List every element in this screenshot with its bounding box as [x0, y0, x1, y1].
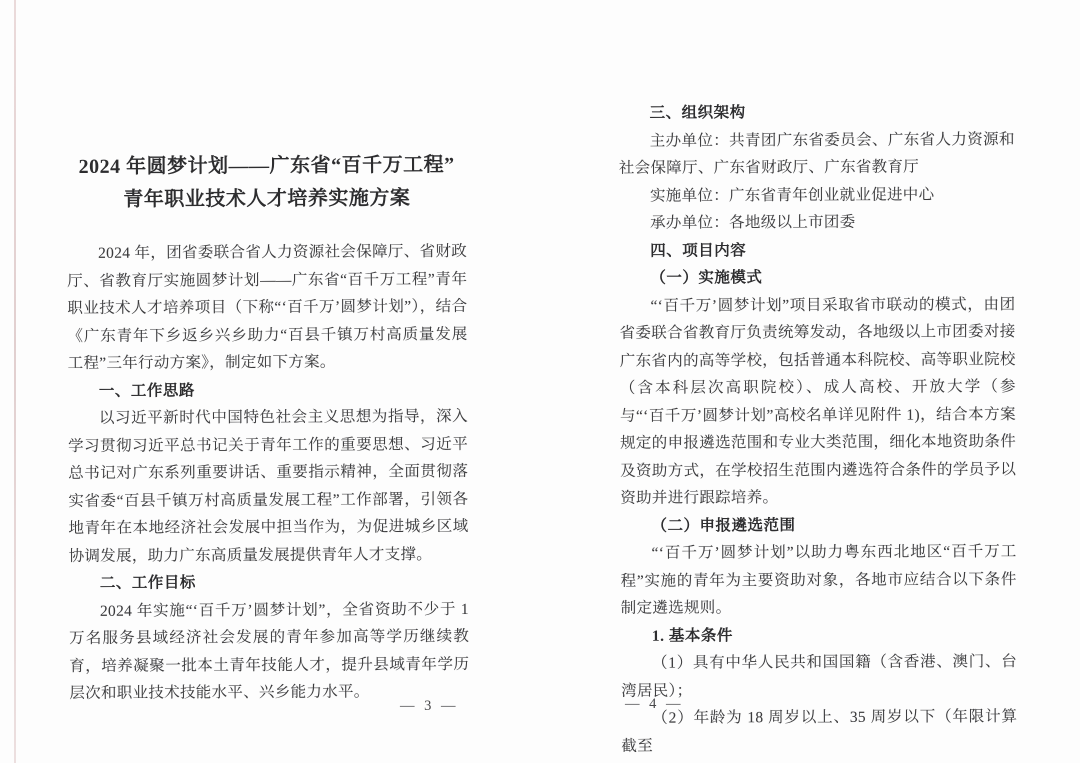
page-number-3: — 3 —	[400, 698, 459, 715]
section-heading-1: 一、工作思路	[68, 375, 468, 405]
scanned-document: 2024 年圆梦计划——广东省“百千万工程” 青年职业技术人才培养实施方案 20…	[0, 0, 1080, 763]
document-page-left: 2024 年圆梦计划——广东省“百千万工程” 青年职业技术人才培养实施方案 20…	[67, 149, 470, 708]
org-host-line: 主办单位：共青团广东省委员会、广东省人力资源和社会保障厅、广东省财政厅、广东省教…	[619, 126, 1015, 183]
section-heading-2: 二、工作目标	[69, 568, 469, 598]
section-2-paragraph: 2024 年实施“‘百千万’圆梦计划”，全省资助不少于 1 万名服务县域经济社会…	[69, 595, 470, 707]
section-heading-4: 四、项目内容	[619, 236, 1015, 265]
document-title: 2024 年圆梦计划——广东省“百千万工程” 青年职业技术人才培养实施方案	[67, 149, 467, 217]
org-undertaker-line: 承办单位：各地级以上市团委	[619, 208, 1015, 237]
page-number-4: — 4 —	[625, 696, 684, 713]
scope-paragraph: “‘百千万’圆梦计划”以助力粤东西北地区“百千万工程”实施的青年为主要资助对象，…	[620, 538, 1016, 622]
section-heading-3: 三、组织架构	[619, 98, 1015, 127]
subsection-heading-basic-conditions: 1. 基本条件	[621, 621, 1017, 650]
document-title-line1: 2024 年圆梦计划——广东省“百千万工程”	[67, 149, 467, 184]
mode-paragraph: “‘百千万’圆梦计划”项目采取省市联动的模式，由团省委联合省教育厅负责统筹发动，…	[619, 291, 1016, 513]
subsection-heading-mode: （一）实施模式	[619, 263, 1015, 292]
org-implementer-line: 实施单位：广东省青年创业就业促进中心	[619, 181, 1015, 210]
subsection-heading-scope: （二）申报遴选范围	[620, 511, 1016, 540]
document-page-right: 三、组织架构 主办单位：共青团广东省委员会、广东省人力资源和社会保障厅、广东省财…	[619, 98, 1018, 760]
document-title-line2: 青年职业技术人才培养实施方案	[67, 182, 467, 217]
section-1-paragraph: 以习近平新时代中国特色社会主义思想为指导，深入学习贯彻习近平总书记关于青年工作的…	[68, 403, 469, 570]
intro-paragraph: 2024 年，团省委联合省人力资源社会保障厅、省财政厅、省教育厅实施圆梦计划——…	[67, 238, 468, 378]
scan-edge-line	[14, 0, 16, 763]
